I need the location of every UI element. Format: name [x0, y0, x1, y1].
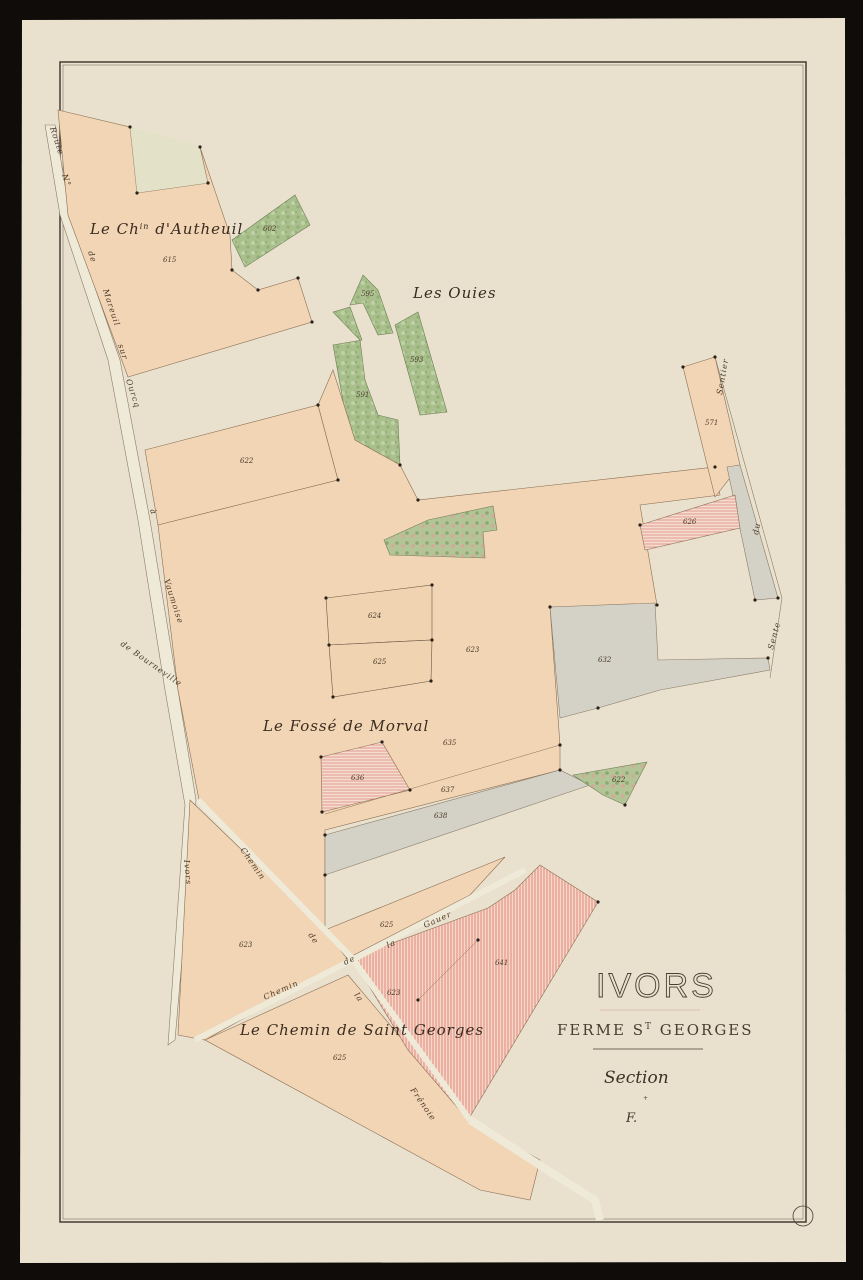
parcel-label: 623: [466, 646, 480, 654]
parcel-label: 623: [387, 989, 401, 997]
parcel-label: 623: [239, 941, 253, 949]
title-section: Section: [604, 1068, 669, 1088]
parcel-label: 602: [263, 225, 277, 233]
parcel-label: 595: [361, 290, 375, 298]
parcel-label: 615: [163, 256, 177, 264]
parcel-label: 632: [598, 656, 612, 664]
parcel-label: 593: [410, 356, 424, 364]
parcel-label: 622: [240, 457, 254, 465]
place-name-chemin-saint-georges: Le Chemin de Saint Georges: [239, 1021, 484, 1039]
parcel-label: 638: [434, 812, 448, 820]
place-name-les-ouies: Les Ouies: [412, 284, 497, 302]
parcel-label: 626: [683, 518, 697, 526]
cadastral-map-sheet: 615 602 595 593 591 622 571 626 624 625 …: [0, 0, 863, 1280]
parcel-label: 625: [380, 921, 394, 929]
title-commune: IVORS: [596, 967, 717, 1005]
parcel-label: 571: [705, 419, 718, 427]
parcel-label: 637: [441, 786, 455, 794]
place-name-fosse-de-morval: Le Fossé de Morval: [262, 717, 429, 735]
parcel-label: 622: [612, 776, 626, 784]
title-section-letter: F.: [625, 1111, 637, 1126]
parcel-label: 641: [495, 959, 508, 967]
parcel-label: 625: [333, 1054, 347, 1062]
parcel-label: 625: [373, 658, 387, 666]
parcel-label: 624: [368, 612, 381, 620]
svg-text:+: +: [643, 1095, 648, 1102]
parcel-label: 635: [443, 739, 457, 747]
parcel-label: 591: [356, 391, 369, 399]
title-subtitle: FERME ST GEORGES: [557, 1021, 754, 1039]
place-name-chateau-autheuil: Le Chin d'Autheuil: [89, 220, 243, 238]
parcel-label: 636: [351, 774, 365, 782]
